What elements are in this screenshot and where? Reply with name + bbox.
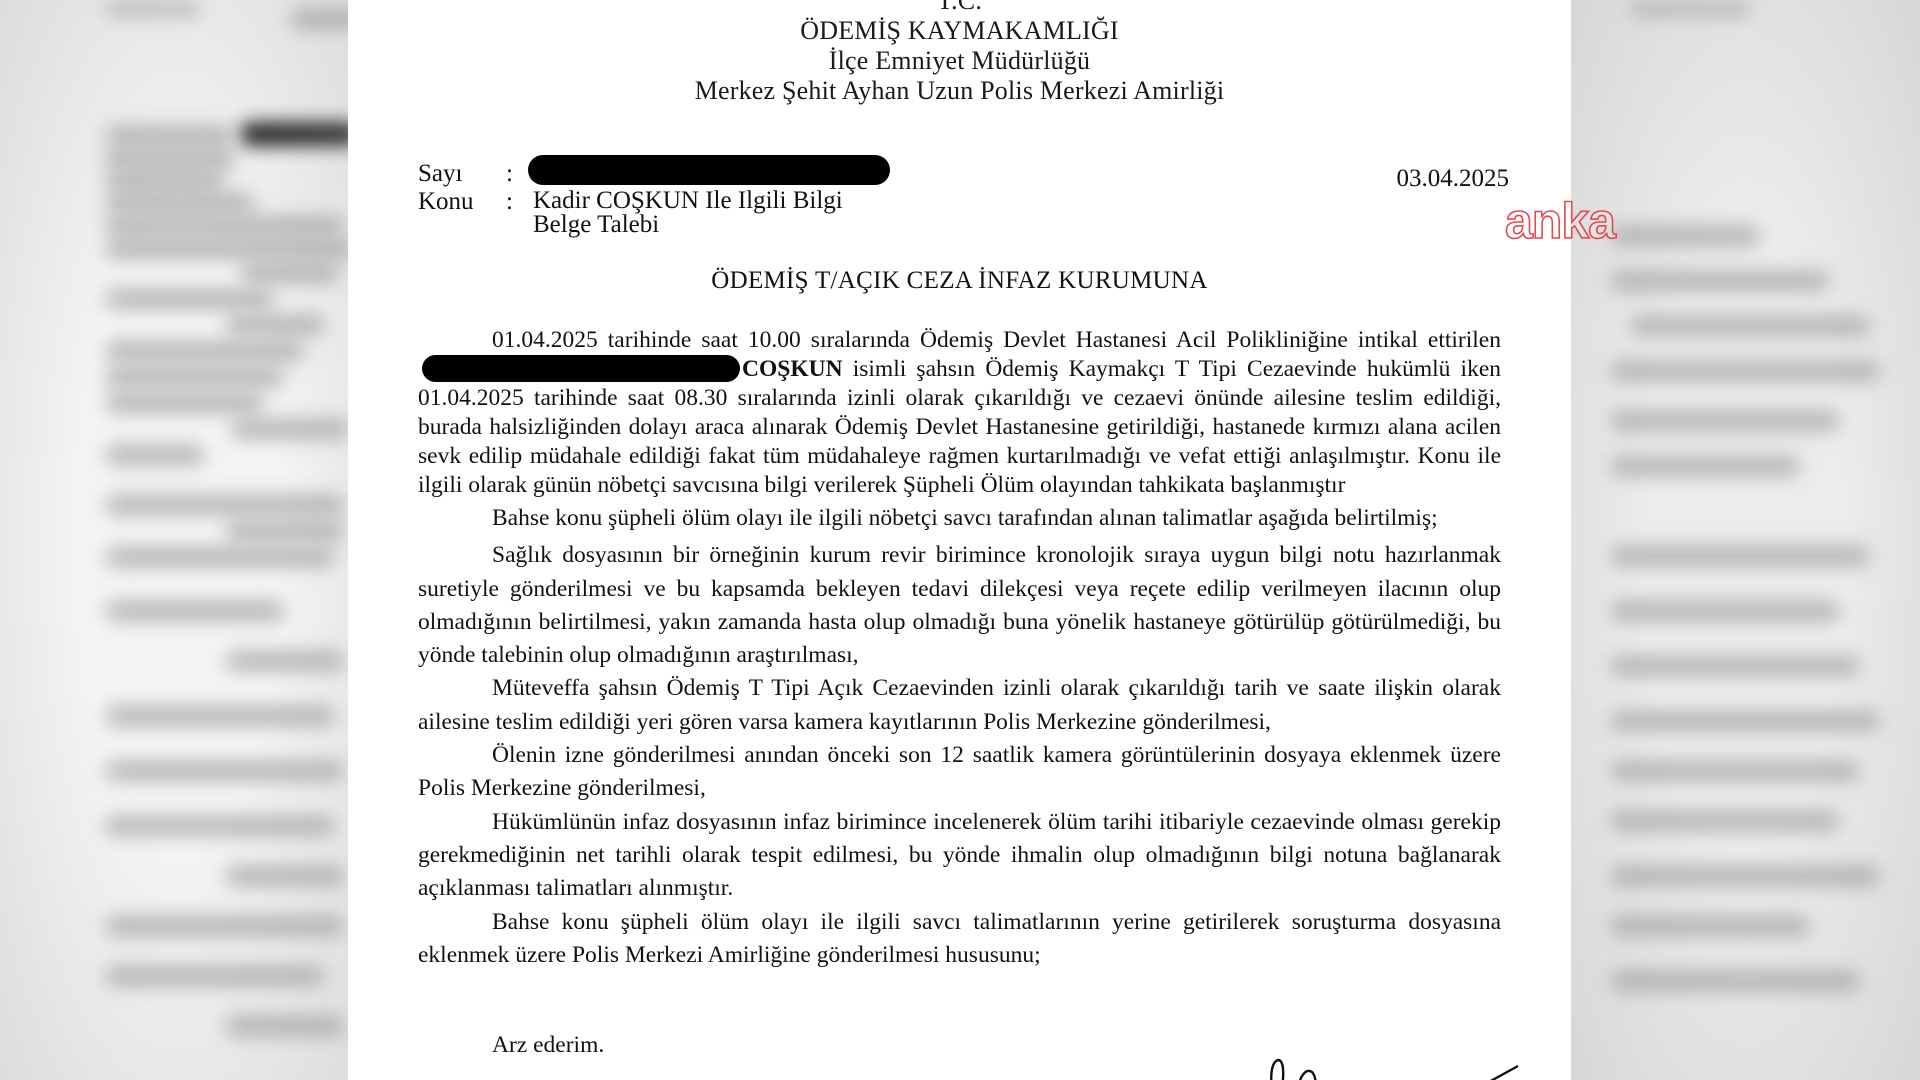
document-date: 03.04.2025 <box>1397 165 1510 193</box>
blurred-background-right <box>1570 0 1920 1080</box>
konu-colon: : <box>506 188 513 216</box>
paragraph-4: Müteveffa şahsın Ödemiş T Tipi Açık Ceza… <box>418 672 1501 739</box>
document-page: T.C. ÖDEMİŞ KAYMAKAMLIĞI İlçe Emniyet Mü… <box>348 0 1571 1080</box>
konu-value-line2: Belge Talebi <box>533 212 659 238</box>
header-tc: T.C. <box>348 0 1571 16</box>
surname-bold: COŞKUN <box>742 356 843 382</box>
addressee-title: ÖDEMİŞ T/AÇIK CEZA İNFAZ KURUMUNA <box>348 267 1571 295</box>
sayi-redaction <box>528 155 890 185</box>
meta-sayi: Sayı : <box>348 160 948 190</box>
blurred-background-left <box>0 0 360 1080</box>
konu-label: Konu <box>418 188 474 216</box>
sayi-colon: : <box>506 160 513 188</box>
anka-watermark-logo: anka <box>1505 192 1615 250</box>
paragraph-3: Sağlık dosyasının bir örneğinin kurum re… <box>418 539 1501 672</box>
paragraph-5: Ölenin izne gönderilmesi anından önceki … <box>418 739 1501 806</box>
meta-konu: Konu : Kadir COŞKUN Ile Ilgili Bilgi Bel… <box>348 188 948 248</box>
paragraph-1: 01.04.2025 tarihinde saat 10.00 sıraları… <box>418 326 1501 500</box>
header-emniyet: İlçe Emniyet Müdürlüğü <box>348 46 1571 76</box>
header-polis-merkezi: Merkez Şehit Ayhan Uzun Polis Merkezi Am… <box>348 76 1571 106</box>
signature-icon <box>1260 1048 1560 1080</box>
document-body: 01.04.2025 tarihinde saat 10.00 sıraları… <box>418 326 1501 972</box>
name-redaction <box>422 355 740 382</box>
sayi-label: Sayı <box>418 160 462 188</box>
header-kaymakamlik: ÖDEMİŞ KAYMAKAMLIĞI <box>348 16 1571 46</box>
paragraph-6: Hükümlünün infaz dosyasının infaz birimi… <box>418 806 1501 906</box>
paragraph-2: Bahse konu şüpheli ölüm olayı ile ilgili… <box>418 502 1501 535</box>
closing-text: Arz ederim. <box>492 1032 604 1059</box>
paragraph-7: Bahse konu şüpheli ölüm olayı ile ilgili… <box>418 906 1501 973</box>
